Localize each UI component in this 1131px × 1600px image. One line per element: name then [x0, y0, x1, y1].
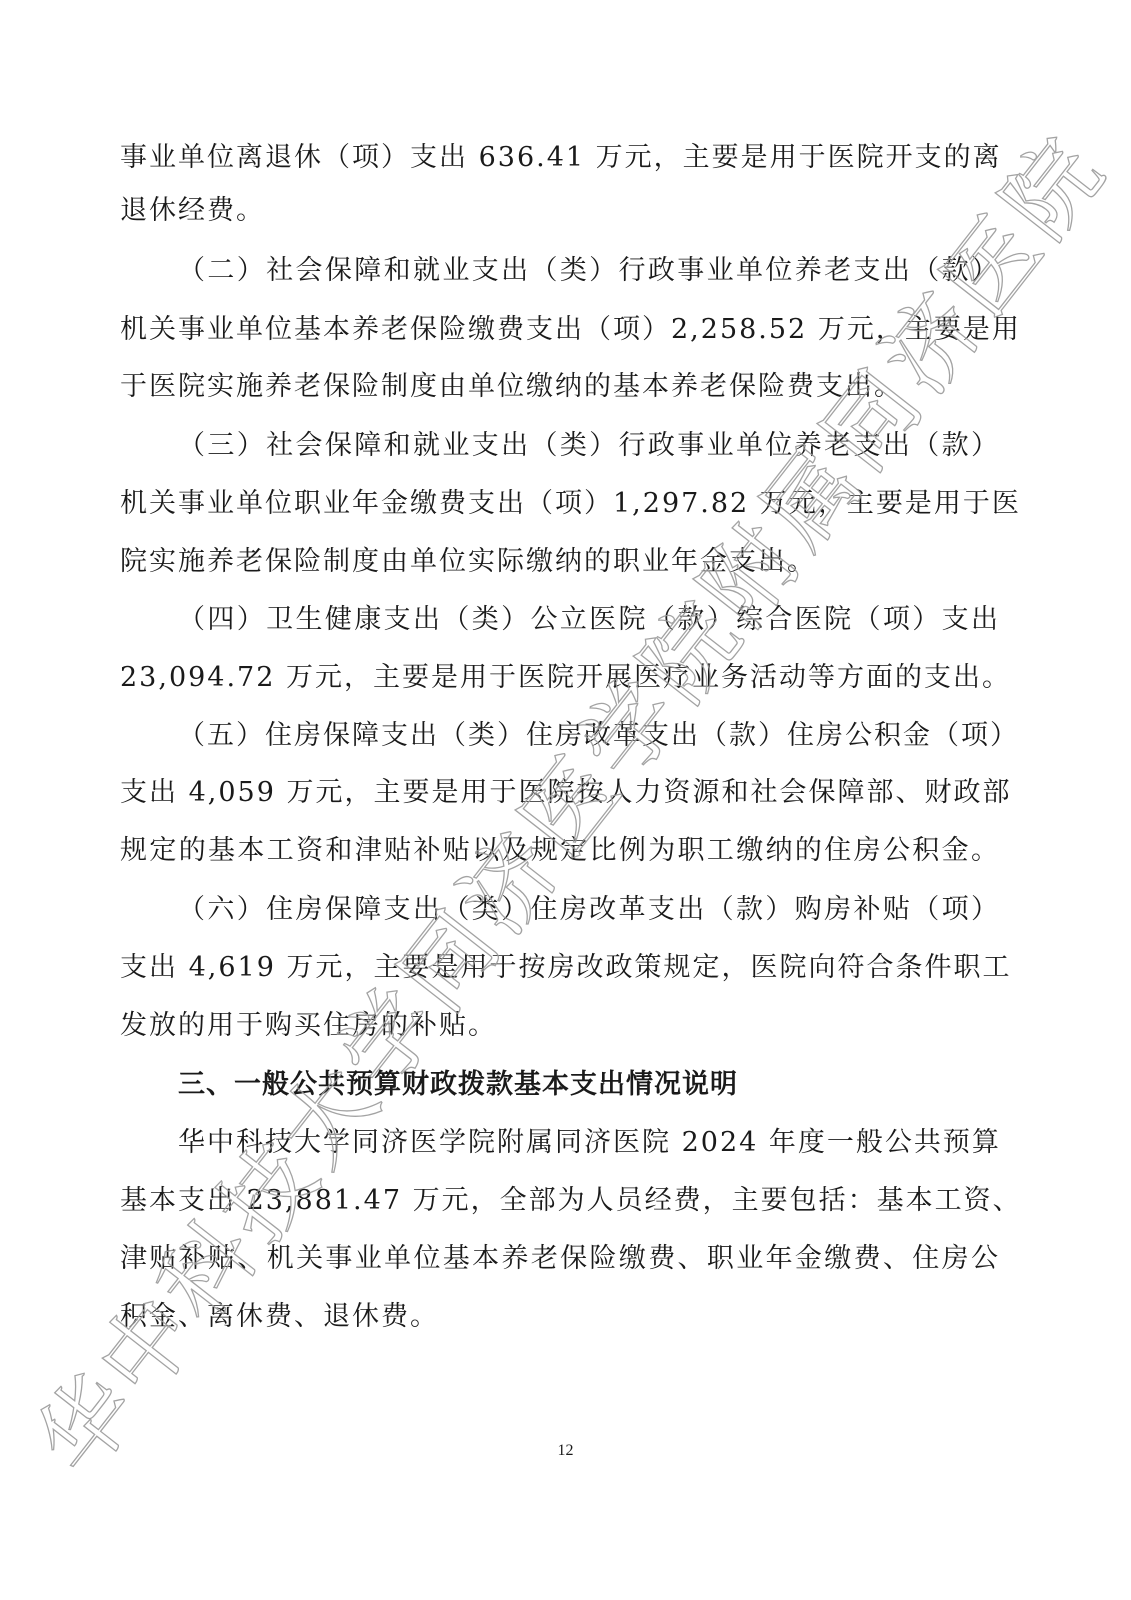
paragraph-line: 于医院实施养老保险制度由单位缴纳的基本养老保险费支出。 — [120, 369, 1000, 405]
paragraph-line: （二）社会保障和就业支出（类）行政事业单位养老支出（款） — [178, 253, 1000, 289]
paragraph-line: （五）住房保障支出（类）住房改革支出（款）住房公积金（项） — [178, 718, 1000, 754]
paragraph-line: 院实施养老保险制度由单位实际缴纳的职业年金支出。 — [120, 544, 1000, 580]
page-number: 12 — [0, 1442, 1131, 1460]
paragraph-line: 规定的基本工资和津贴补贴以及规定比例为职工缴纳的住房公积金。 — [120, 833, 1000, 869]
paragraph-line: 积金、离休费、退休费。 — [120, 1299, 1000, 1335]
paragraph-line: 退休经费。 — [120, 193, 1000, 229]
section-heading: 三、一般公共预算财政拨款基本支出情况说明 — [178, 1067, 738, 1103]
paragraph-line: 机关事业单位职业年金缴费支出（项）1,297.82 万元，主要是用于医 — [120, 486, 1000, 522]
paragraph-line: 发放的用于购买住房的补贴。 — [120, 1008, 1000, 1044]
paragraph-line: 华中科技大学同济医学院附属同济医院 2024 年度一般公共预算 — [178, 1125, 1000, 1161]
paragraph-line: 事业单位离退休（项）支出 636.41 万元，主要是用于医院开支的离 — [120, 140, 1000, 176]
paragraph-line: 基本支出 23,881.47 万元，全部为人员经费，主要包括：基本工资、 — [120, 1183, 1000, 1219]
paragraph-line: 津贴补贴、机关事业单位基本养老保险缴费、职业年金缴费、住房公 — [120, 1241, 1000, 1277]
paragraph-line: （四）卫生健康支出（类）公立医院（款）综合医院（项）支出 — [178, 602, 1000, 638]
document-page: 事业单位离退休（项）支出 636.41 万元，主要是用于医院开支的离 退休经费。… — [0, 0, 1131, 1600]
paragraph-line: 支出 4,059 万元，主要是用于医院按人力资源和社会保障部、财政部 — [120, 775, 1000, 811]
paragraph-line: 机关事业单位基本养老保险缴费支出（项）2,258.52 万元，主要是用 — [120, 312, 1000, 348]
paragraph-line: 23,094.72 万元，主要是用于医院开展医疗业务活动等方面的支出。 — [120, 660, 1000, 696]
paragraph-line: 支出 4,619 万元，主要是用于按房改政策规定，医院向符合条件职工 — [120, 950, 1000, 986]
paragraph-line: （六）住房保障支出（类）住房改革支出（款）购房补贴（项） — [178, 892, 1000, 928]
paragraph-line: （三）社会保障和就业支出（类）行政事业单位养老支出（款） — [178, 428, 1000, 464]
